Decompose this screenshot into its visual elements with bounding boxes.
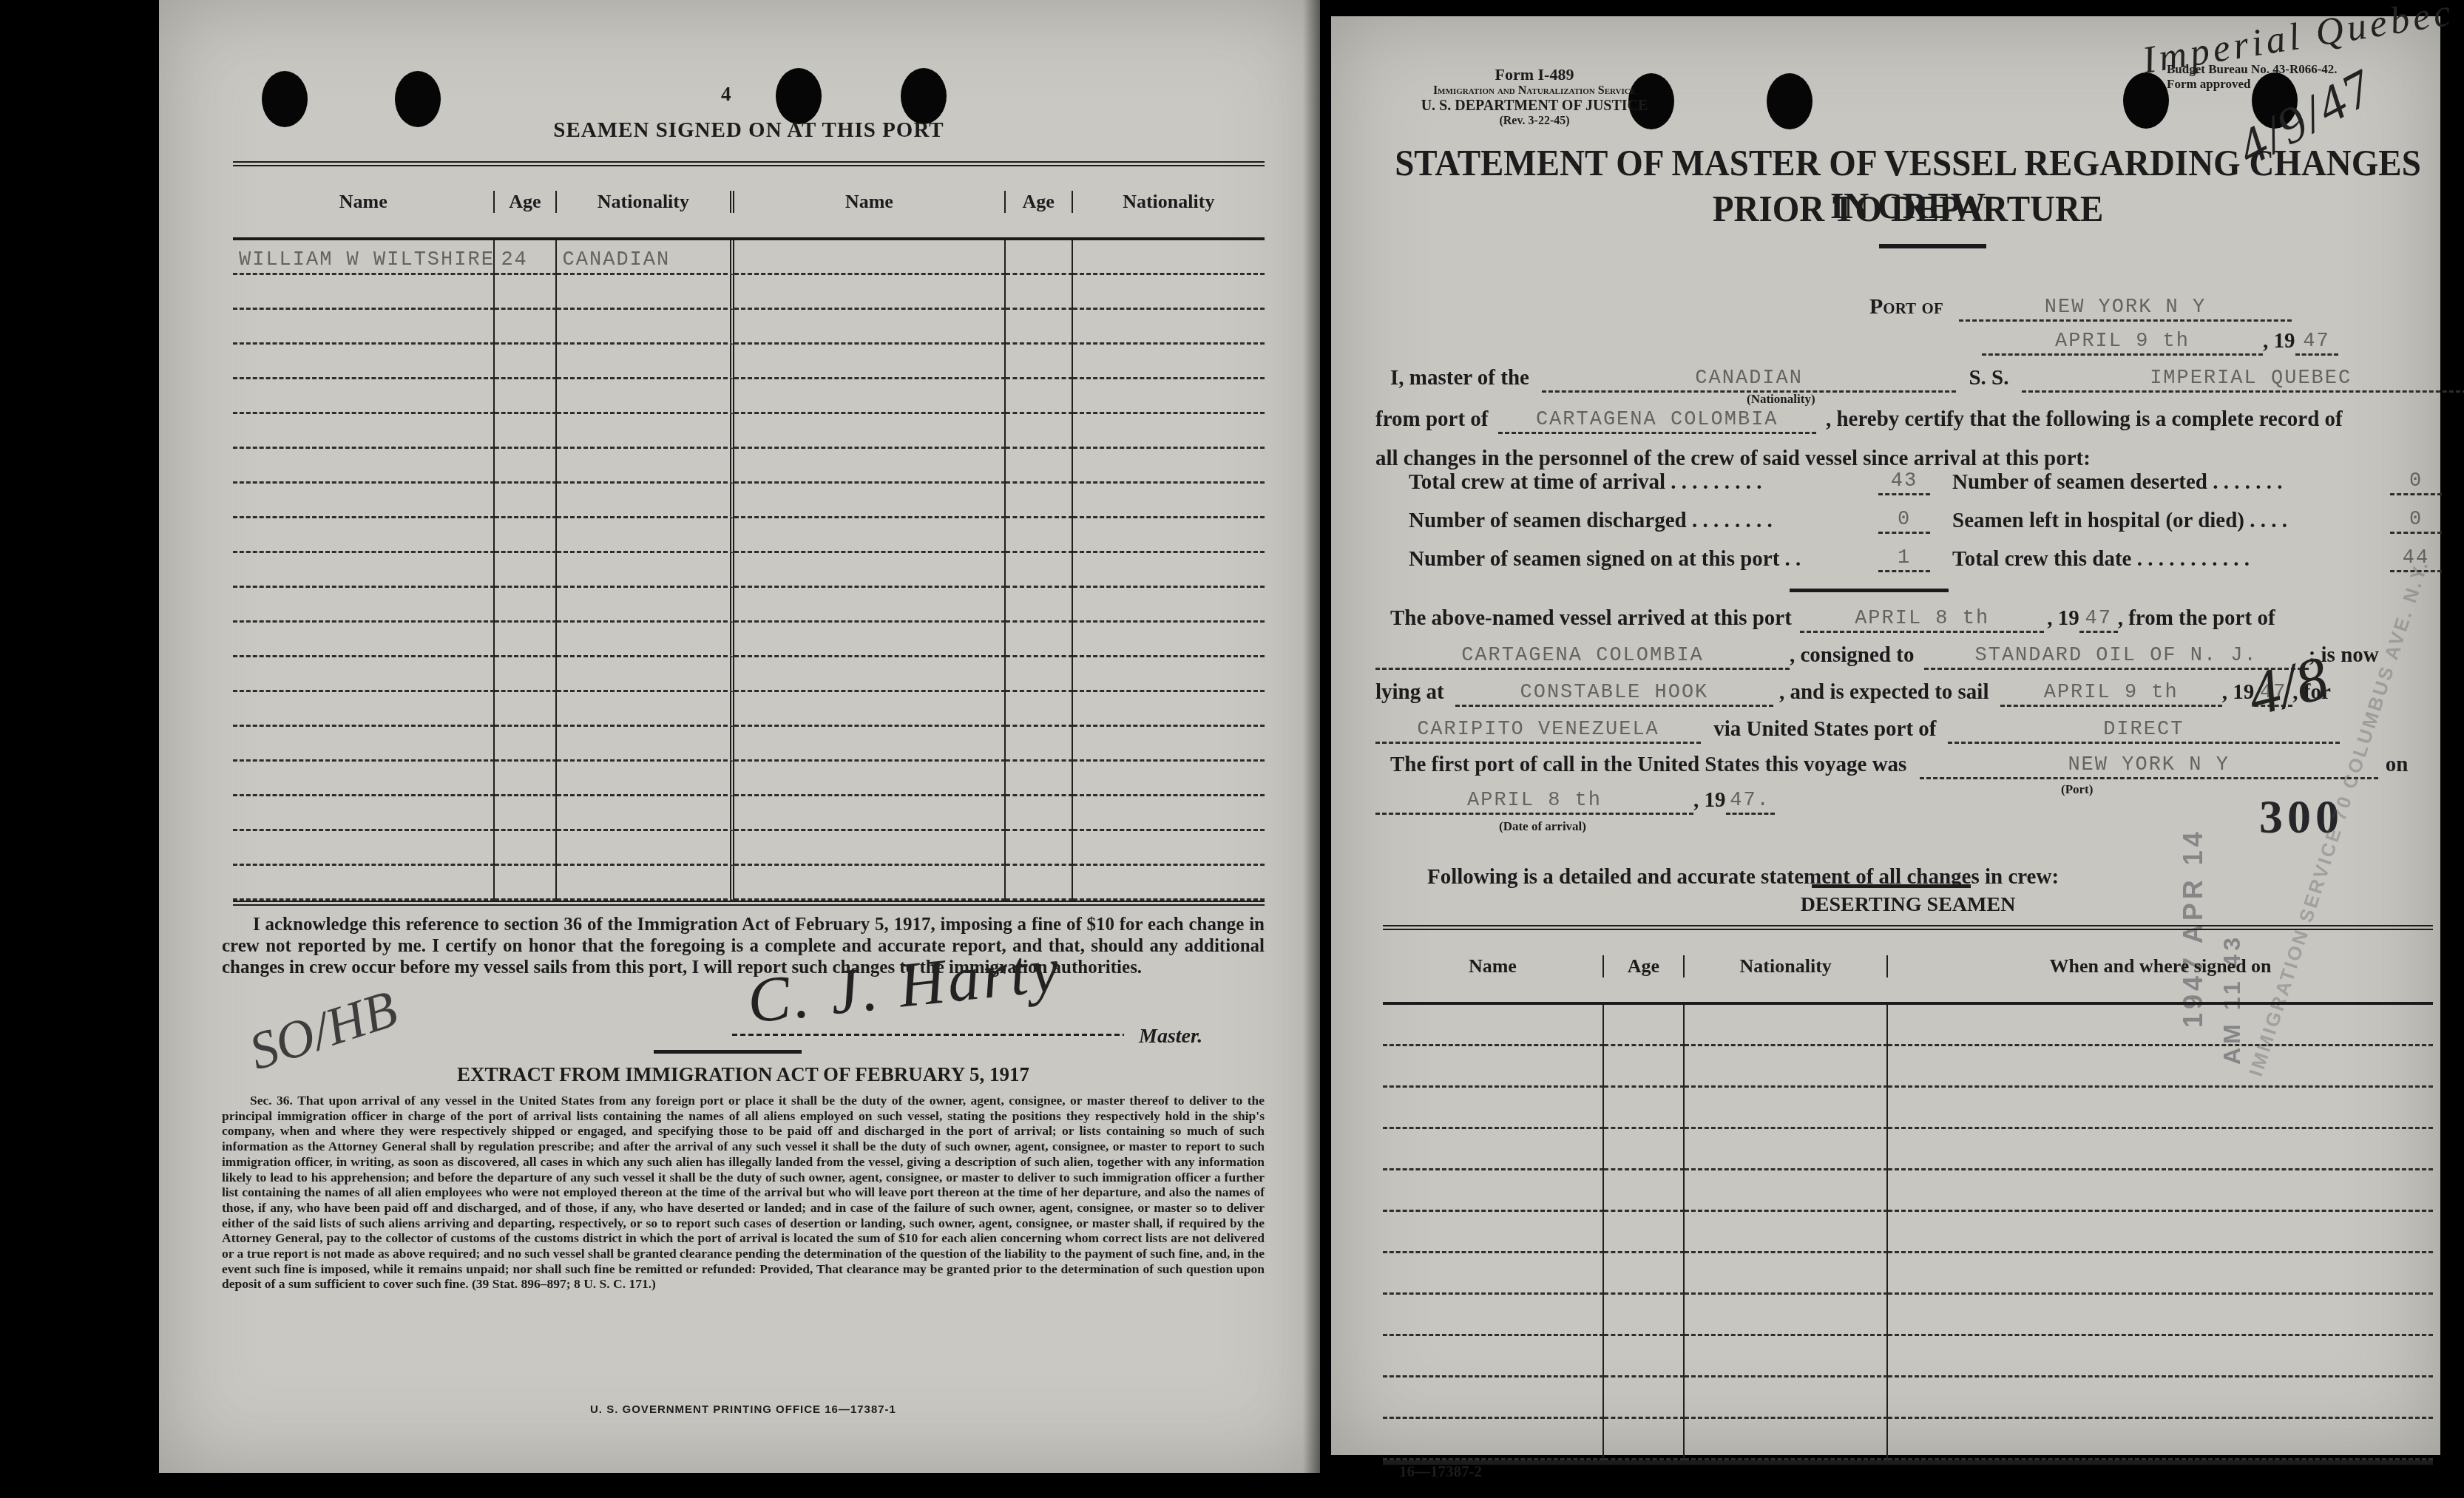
arrived-year-blank: 47 bbox=[2079, 608, 2118, 633]
port-of-value: NEW YORK N Y bbox=[2045, 296, 2206, 319]
empty-rows bbox=[233, 275, 1265, 901]
table-row bbox=[1383, 1419, 2433, 1460]
port-sublabel: (Port) bbox=[2061, 782, 2093, 797]
from-port-label: from port of bbox=[1375, 407, 1488, 431]
arrival-from-port: CARTAGENA COLOMBIA bbox=[1461, 645, 1704, 667]
master-of-label: I, master of the bbox=[1390, 366, 1529, 390]
stat-blank: 0 bbox=[2390, 509, 2442, 534]
stat-blank: 43 bbox=[1878, 470, 1930, 495]
via-label: via United States port of bbox=[1713, 717, 1936, 741]
stat-total-date: Total crew this date . . . . . . . . . .… bbox=[1952, 547, 2442, 572]
master-line-2: from port of CARTAGENA COLOMBIA , hereby… bbox=[1375, 407, 2343, 434]
stat-signed-on: Number of seamen signed on at this port … bbox=[1409, 547, 1930, 572]
arrived-date-blank: APRIL 8 th bbox=[1800, 608, 2044, 633]
master-line-1: I, master of the CANADIAN S. S. IMPERIAL… bbox=[1390, 366, 2464, 393]
col-header-age: Age bbox=[495, 191, 556, 213]
from-port-of-label: , from the port of bbox=[2118, 606, 2275, 630]
table-row bbox=[1383, 1005, 2433, 1046]
master-label: Master. bbox=[1139, 1025, 1202, 1048]
arrived-label: The above-named vessel arrived at this p… bbox=[1390, 606, 1792, 630]
table-header-row: Name Age Nationality Name Age Nationalit… bbox=[233, 161, 1265, 240]
empty-rows bbox=[1383, 1005, 2433, 1460]
department-name: U. S. DEPARTMENT OF JUSTICE bbox=[1379, 98, 1690, 115]
table-row bbox=[1383, 1295, 2433, 1336]
vessel-name: IMPERIAL QUEBEC bbox=[2150, 367, 2352, 390]
table-row bbox=[1383, 1336, 2433, 1377]
stat-value: 1 bbox=[1898, 547, 1911, 569]
seaman-age: 24 bbox=[495, 249, 527, 271]
form-number: Form I-489 bbox=[1379, 65, 1690, 84]
sail-date-blank: APRIL 9 th bbox=[2000, 682, 2222, 707]
arrived-date: APRIL 8 th bbox=[1855, 608, 1989, 630]
deserting-seamen-heading: DESERTING SEAMEN bbox=[1383, 893, 2433, 917]
stat-discharged: Number of seamen discharged . . . . . . … bbox=[1409, 509, 1930, 534]
from-port-value: CARTAGENA COLOMBIA bbox=[1536, 409, 1778, 431]
col-header-name: Name bbox=[233, 191, 495, 213]
nationality-blank: CANADIAN bbox=[1542, 367, 1956, 393]
stat-label: Number of seamen discharged . . . . . . … bbox=[1409, 509, 1773, 534]
lying-at: CONSTABLE HOOK bbox=[1520, 682, 1708, 704]
col-header-name2: Name bbox=[734, 191, 1005, 213]
stat-deserted: Number of seamen deserted . . . . . . . … bbox=[1952, 470, 2442, 495]
first-port-value: NEW YORK N Y bbox=[2068, 754, 2229, 776]
first-port-blank: NEW YORK N Y bbox=[1920, 754, 2378, 779]
table-row bbox=[1383, 1212, 2433, 1253]
arrival-from-port-blank: CARTAGENA COLOMBIA bbox=[1375, 645, 1790, 670]
printing-office-footer: U. S. GOVERNMENT PRINTING OFFICE 16—1738… bbox=[222, 1403, 1265, 1416]
section-rule bbox=[1790, 589, 1949, 592]
table-row bbox=[1383, 1088, 2433, 1129]
seamen-signed-on-table: Name Age Nationality Name Age Nationalit… bbox=[233, 161, 1265, 906]
first-port-year-blank: 47. bbox=[1726, 790, 1775, 815]
stat-total-arrival: Total crew at time of arrival . . . . . … bbox=[1409, 470, 1930, 495]
table-row bbox=[233, 796, 1265, 831]
sail-date: APRIL 9 th bbox=[2044, 682, 2179, 704]
stat-value: 0 bbox=[2409, 470, 2423, 492]
table-row bbox=[233, 831, 1265, 866]
port-of-label: Port of bbox=[1869, 294, 1943, 319]
deserting-seamen-table: Name Age Nationality When and where sign… bbox=[1383, 925, 2433, 1465]
consigned-label: , consigned to bbox=[1790, 643, 1914, 667]
page-number: 4 bbox=[721, 83, 731, 106]
vessel-name-blank: IMPERIAL QUEBEC bbox=[2022, 367, 2464, 393]
date-value: APRIL 9 th bbox=[2055, 331, 2190, 353]
scanned-document: 4 SEAMEN SIGNED ON AT THIS PORT Name Age… bbox=[0, 0, 2464, 1498]
stat-blank: 0 bbox=[2390, 470, 2442, 495]
arrival-line-2: CARTAGENA COLOMBIA, consigned to STANDAR… bbox=[1375, 643, 2379, 670]
expected-sail-label: , and is expected to sail bbox=[1779, 680, 1989, 704]
vessel-nationality: CANADIAN bbox=[1695, 367, 1803, 390]
arrival-line-1: The above-named vessel arrived at this p… bbox=[1390, 606, 2275, 633]
table-row bbox=[233, 657, 1265, 692]
extract-paragraph: Sec. 36. That upon arrival of any vessel… bbox=[222, 1093, 1265, 1292]
stat-value: 0 bbox=[1898, 509, 1911, 531]
table-row bbox=[233, 692, 1265, 727]
from-port-blank: CARTAGENA COLOMBIA bbox=[1498, 409, 1816, 434]
table-row bbox=[233, 414, 1265, 449]
table-row bbox=[233, 310, 1265, 345]
table-row bbox=[233, 449, 1265, 484]
date-of-arrival-sublabel: (Date of arrival) bbox=[1499, 819, 1586, 834]
via-value: DIRECT bbox=[2103, 719, 2184, 741]
port-of-line: Port of NEW YORK N Y bbox=[1869, 294, 2292, 322]
table-row bbox=[233, 762, 1265, 796]
stat-label: Total crew at time of arrival . . . . . … bbox=[1409, 470, 1762, 495]
ss-label: S. S. bbox=[1969, 366, 2008, 390]
extract-heading: EXTRACT FROM IMMIGRATION ACT OF FEBRUARY… bbox=[222, 1063, 1265, 1086]
col-header-age2: Age bbox=[1006, 191, 1073, 213]
year-blank: 47 bbox=[2295, 331, 2338, 356]
col-header-when-where: When and where signed on bbox=[1888, 955, 2433, 977]
table-row bbox=[1383, 1253, 2433, 1295]
punch-hole bbox=[901, 68, 947, 124]
acknowledgment-paragraph: I acknowledge this reference to section … bbox=[222, 914, 1265, 978]
table-row bbox=[233, 275, 1265, 310]
nationality-sublabel: (Nationality) bbox=[1747, 392, 1815, 407]
first-port-year: 47. bbox=[1730, 790, 1770, 812]
right-page-footer: 16—17387-2 bbox=[1399, 1463, 1482, 1481]
first-port-label: The first port of call in the United Sta… bbox=[1390, 753, 1906, 776]
table-row bbox=[233, 345, 1265, 379]
table-row bbox=[233, 623, 1265, 657]
table-row bbox=[233, 484, 1265, 518]
revision-label: (Rev. 3-22-45) bbox=[1379, 115, 1690, 128]
col-header-name: Name bbox=[1383, 955, 1604, 977]
date-blank: APRIL 9 th bbox=[1982, 331, 2263, 356]
table-row bbox=[233, 379, 1265, 414]
seaman-name: WILLIAM W WILTSHIRE bbox=[233, 249, 495, 271]
master-line-3: all changes in the personnel of the crew… bbox=[1375, 447, 2091, 471]
agency-name: Immigration and Naturalization Service bbox=[1379, 84, 1690, 98]
table-row: WILLIAM W WILTSHIRE 24 CANADIAN bbox=[233, 240, 1265, 275]
sail-for-blank: CARIPITO VENEZUELA bbox=[1375, 719, 1701, 744]
stat-label: Seamen left in hospital (or died) . . . … bbox=[1952, 509, 2287, 534]
table-row bbox=[1383, 1129, 2433, 1170]
following-statement: Following is a detailed and accurate sta… bbox=[1427, 865, 2059, 889]
lying-at-label: lying at bbox=[1375, 680, 1444, 704]
signature-line bbox=[732, 1034, 1124, 1036]
year-prefix: , 19 bbox=[2263, 329, 2295, 353]
first-port-date: APRIL 8 th bbox=[1467, 790, 1602, 812]
stat-label: Total crew this date . . . . . . . . . .… bbox=[1952, 547, 2250, 572]
table-row bbox=[233, 588, 1265, 623]
certify-text: , hereby certify that the following is a… bbox=[1826, 407, 2343, 431]
col-header-nationality2: Nationality bbox=[1073, 191, 1265, 213]
arrival-line-3: lying at CONSTABLE HOOK, and is expected… bbox=[1375, 680, 2331, 707]
form-id-block: Form I-489 Immigration and Naturalizatio… bbox=[1379, 65, 1690, 128]
table-header-row: Name Age Nationality When and where sign… bbox=[1383, 925, 2433, 1005]
sail-for: CARIPITO VENEZUELA bbox=[1417, 719, 1659, 741]
first-port-date-blank: APRIL 8 th bbox=[1375, 790, 1693, 815]
table-row bbox=[1383, 1170, 2433, 1212]
col-header-nationality: Nationality bbox=[1685, 955, 1888, 977]
year-prefix: , 19 bbox=[2047, 606, 2079, 630]
punch-hole bbox=[1767, 73, 1813, 129]
table-row bbox=[233, 518, 1265, 553]
on-label: on bbox=[2386, 753, 2409, 776]
col-header-age: Age bbox=[1604, 955, 1685, 977]
divider-rule bbox=[654, 1050, 802, 1054]
stat-blank: 0 bbox=[1878, 509, 1930, 534]
arrival-line-4: CARIPITO VENEZUELA via United States por… bbox=[1375, 717, 2340, 744]
port-of-blank: NEW YORK N Y bbox=[1959, 296, 2292, 322]
stat-hospital: Seamen left in hospital (or died) . . . … bbox=[1952, 509, 2442, 534]
stat-blank: 1 bbox=[1878, 547, 1930, 572]
title-rule bbox=[1879, 244, 1986, 248]
table-row bbox=[233, 866, 1265, 901]
stat-value: 43 bbox=[1891, 470, 1918, 492]
table-row bbox=[1383, 1377, 2433, 1419]
col-header-nationality: Nationality bbox=[557, 191, 735, 213]
lying-at-blank: CONSTABLE HOOK bbox=[1455, 682, 1773, 707]
first-port-line: The first port of call in the United Sta… bbox=[1390, 753, 2408, 779]
left-page-heading: SEAMEN SIGNED ON AT THIS PORT bbox=[233, 118, 1265, 143]
year-value: 47 bbox=[2303, 331, 2329, 353]
consignee: STANDARD OIL OF N. J. bbox=[1975, 645, 2258, 667]
stat-label: Number of seamen deserted . . . . . . . bbox=[1952, 470, 2282, 495]
stat-label: Number of seamen signed on at this port … bbox=[1409, 547, 1801, 572]
form-title-line2: PRIOR TO DEPARTURE bbox=[1383, 188, 2433, 231]
stat-value: 0 bbox=[2409, 509, 2423, 531]
year-prefix: , 19 bbox=[1693, 788, 1726, 812]
arrived-year: 47 bbox=[2085, 608, 2111, 630]
table-row bbox=[233, 727, 1265, 762]
arrival-date-line: APRIL 8 th, 1947. bbox=[1375, 788, 1775, 815]
date-line: APRIL 9 th, 1947 bbox=[1982, 329, 2338, 356]
punch-hole bbox=[776, 68, 822, 124]
table-row bbox=[1383, 1046, 2433, 1088]
table-row bbox=[233, 553, 1265, 588]
seaman-nationality: CANADIAN bbox=[557, 249, 671, 271]
